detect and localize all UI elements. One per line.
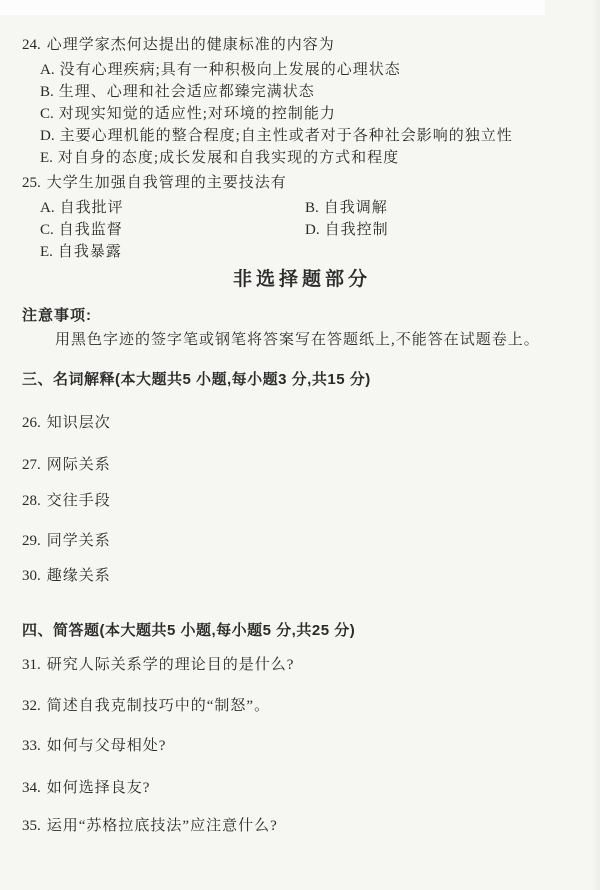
question-24-stem: 24.心理学家杰何达提出的健康标准的内容为 (22, 34, 582, 56)
option-text: 自我监督 (59, 222, 123, 238)
question-text: 简述自我克制技巧中的“制怒”。 (47, 698, 270, 714)
option-text: 自我批评 (60, 200, 124, 216)
option-text: 主要心理机能的整合程度;自主性或者对于各种社会影响的独立性 (60, 128, 513, 144)
section-4-items: 31.研究人际关系学的理论目的是什么? 32.简述自我克制技巧中的“制怒”。 3… (22, 654, 582, 837)
question-24-option-d: D.主要心理机能的整合程度;自主性或者对于各种社会影响的独立性 (40, 125, 582, 147)
question-text: 知识层次 (47, 415, 111, 431)
option-label: E. (40, 244, 53, 260)
question-24-option-a: A.没有心理疾病;具有一种积极向上发展的心理状态 (40, 59, 582, 81)
question-25-text: 大学生加强自我管理的主要技法有 (47, 175, 287, 191)
option-text: 自我控制 (325, 222, 389, 238)
option-label: E. (40, 150, 53, 166)
question-text: 运用“苏格拉底技法”应注意什么? (47, 818, 278, 834)
section-4-heading: 四、简答题(本大题共5 小题,每小题5 分,共25 分) (22, 620, 582, 642)
question-25-stem: 25.大学生加强自我管理的主要技法有 (22, 172, 582, 194)
question-number: 35. (22, 818, 41, 834)
options-row: A.自我批评 B.自我调解 (40, 197, 582, 219)
question-text: 如何选择良友? (47, 780, 151, 796)
question-25-option-b: B.自我调解 (305, 197, 388, 219)
question-text: 网际关系 (47, 457, 111, 473)
option-text: 对现实知觉的适应性;对环境的控制能力 (59, 106, 336, 122)
question-number: 34. (22, 780, 41, 796)
question-24-option-b: B.生理、心理和社会适应都臻完满状态 (40, 81, 582, 103)
question-34: 34.如何选择良友? (22, 777, 582, 799)
question-24-option-c: C.对现实知觉的适应性;对环境的控制能力 (40, 103, 582, 125)
question-25-option-e: E.自我暴露 (40, 241, 305, 263)
section-3-items: 26.知识层次 27.网际关系 28.交往手段 29.同学关系 30.趣缘关系 (22, 412, 582, 587)
question-24-number: 24. (22, 37, 41, 53)
option-label: C. (40, 222, 54, 238)
option-text: 生理、心理和社会适应都臻完满状态 (59, 84, 315, 100)
options-row: E.自我暴露 (40, 241, 582, 263)
question-number: 32. (22, 698, 41, 714)
option-text: 对自身的态度;成长发展和自我实现的方式和程度 (58, 150, 399, 166)
option-text: 自我暴露 (58, 244, 122, 260)
question-number: 29. (22, 533, 41, 549)
question-31: 31.研究人际关系学的理论目的是什么? (22, 654, 582, 676)
section-3-heading: 三、名词解释(本大题共5 小题,每小题3 分,共15 分) (22, 369, 582, 391)
question-27: 27.网际关系 (22, 454, 582, 476)
option-label: C. (40, 106, 54, 122)
notice-heading: 注意事项: (22, 305, 582, 327)
question-text: 同学关系 (47, 533, 111, 549)
question-25-option-c: C.自我监督 (40, 219, 305, 241)
question-number: 28. (22, 493, 41, 509)
part-title-non-multiple-choice: 非选择题部分 (22, 267, 582, 293)
question-text: 如何与父母相处? (47, 738, 167, 754)
question-28: 28.交往手段 (22, 490, 582, 512)
question-26: 26.知识层次 (22, 412, 582, 434)
exam-page: 24.心理学家杰何达提出的健康标准的内容为 A.没有心理疾病;具有一种积极向上发… (0, 0, 600, 890)
option-label: D. (40, 128, 55, 144)
option-label: B. (305, 200, 319, 216)
option-label: A. (40, 200, 55, 216)
question-number: 30. (22, 568, 41, 584)
question-number: 33. (22, 738, 41, 754)
notice-body: 用黑色字迹的签字笔或钢笔将答案写在答题纸上,不能答在试题卷上。 (22, 329, 582, 351)
option-text: 自我调解 (324, 200, 388, 216)
question-25-options: A.自我批评 B.自我调解 C.自我监督 D.自我控制 E.自我暴露 (22, 197, 582, 263)
scan-artifact-strip (0, 0, 545, 15)
question-24-text: 心理学家杰何达提出的健康标准的内容为 (47, 37, 335, 53)
question-32: 32.简述自我克制技巧中的“制怒”。 (22, 695, 582, 717)
question-24-option-e: E.对自身的态度;成长发展和自我实现的方式和程度 (40, 147, 582, 169)
option-text: 没有心理疾病;具有一种积极向上发展的心理状态 (60, 62, 401, 78)
question-30: 30.趣缘关系 (22, 565, 582, 587)
question-29: 29.同学关系 (22, 530, 582, 552)
question-text: 研究人际关系学的理论目的是什么? (47, 657, 295, 673)
question-text: 趣缘关系 (47, 568, 111, 584)
question-24-options: A.没有心理疾病;具有一种积极向上发展的心理状态 B.生理、心理和社会适应都臻完… (22, 59, 582, 169)
scan-edge-shade (590, 0, 600, 890)
option-label: D. (305, 222, 320, 238)
question-number: 26. (22, 415, 41, 431)
question-text: 交往手段 (47, 493, 111, 509)
question-25-number: 25. (22, 175, 41, 191)
question-number: 27. (22, 457, 41, 473)
option-label: A. (40, 62, 55, 78)
question-35: 35.运用“苏格拉底技法”应注意什么? (22, 815, 582, 837)
options-row: C.自我监督 D.自我控制 (40, 219, 582, 241)
question-25-option-d: D.自我控制 (305, 219, 389, 241)
question-number: 31. (22, 657, 41, 673)
question-33: 33.如何与父母相处? (22, 735, 582, 757)
option-label: B. (40, 84, 54, 100)
question-25-option-a: A.自我批评 (40, 197, 305, 219)
